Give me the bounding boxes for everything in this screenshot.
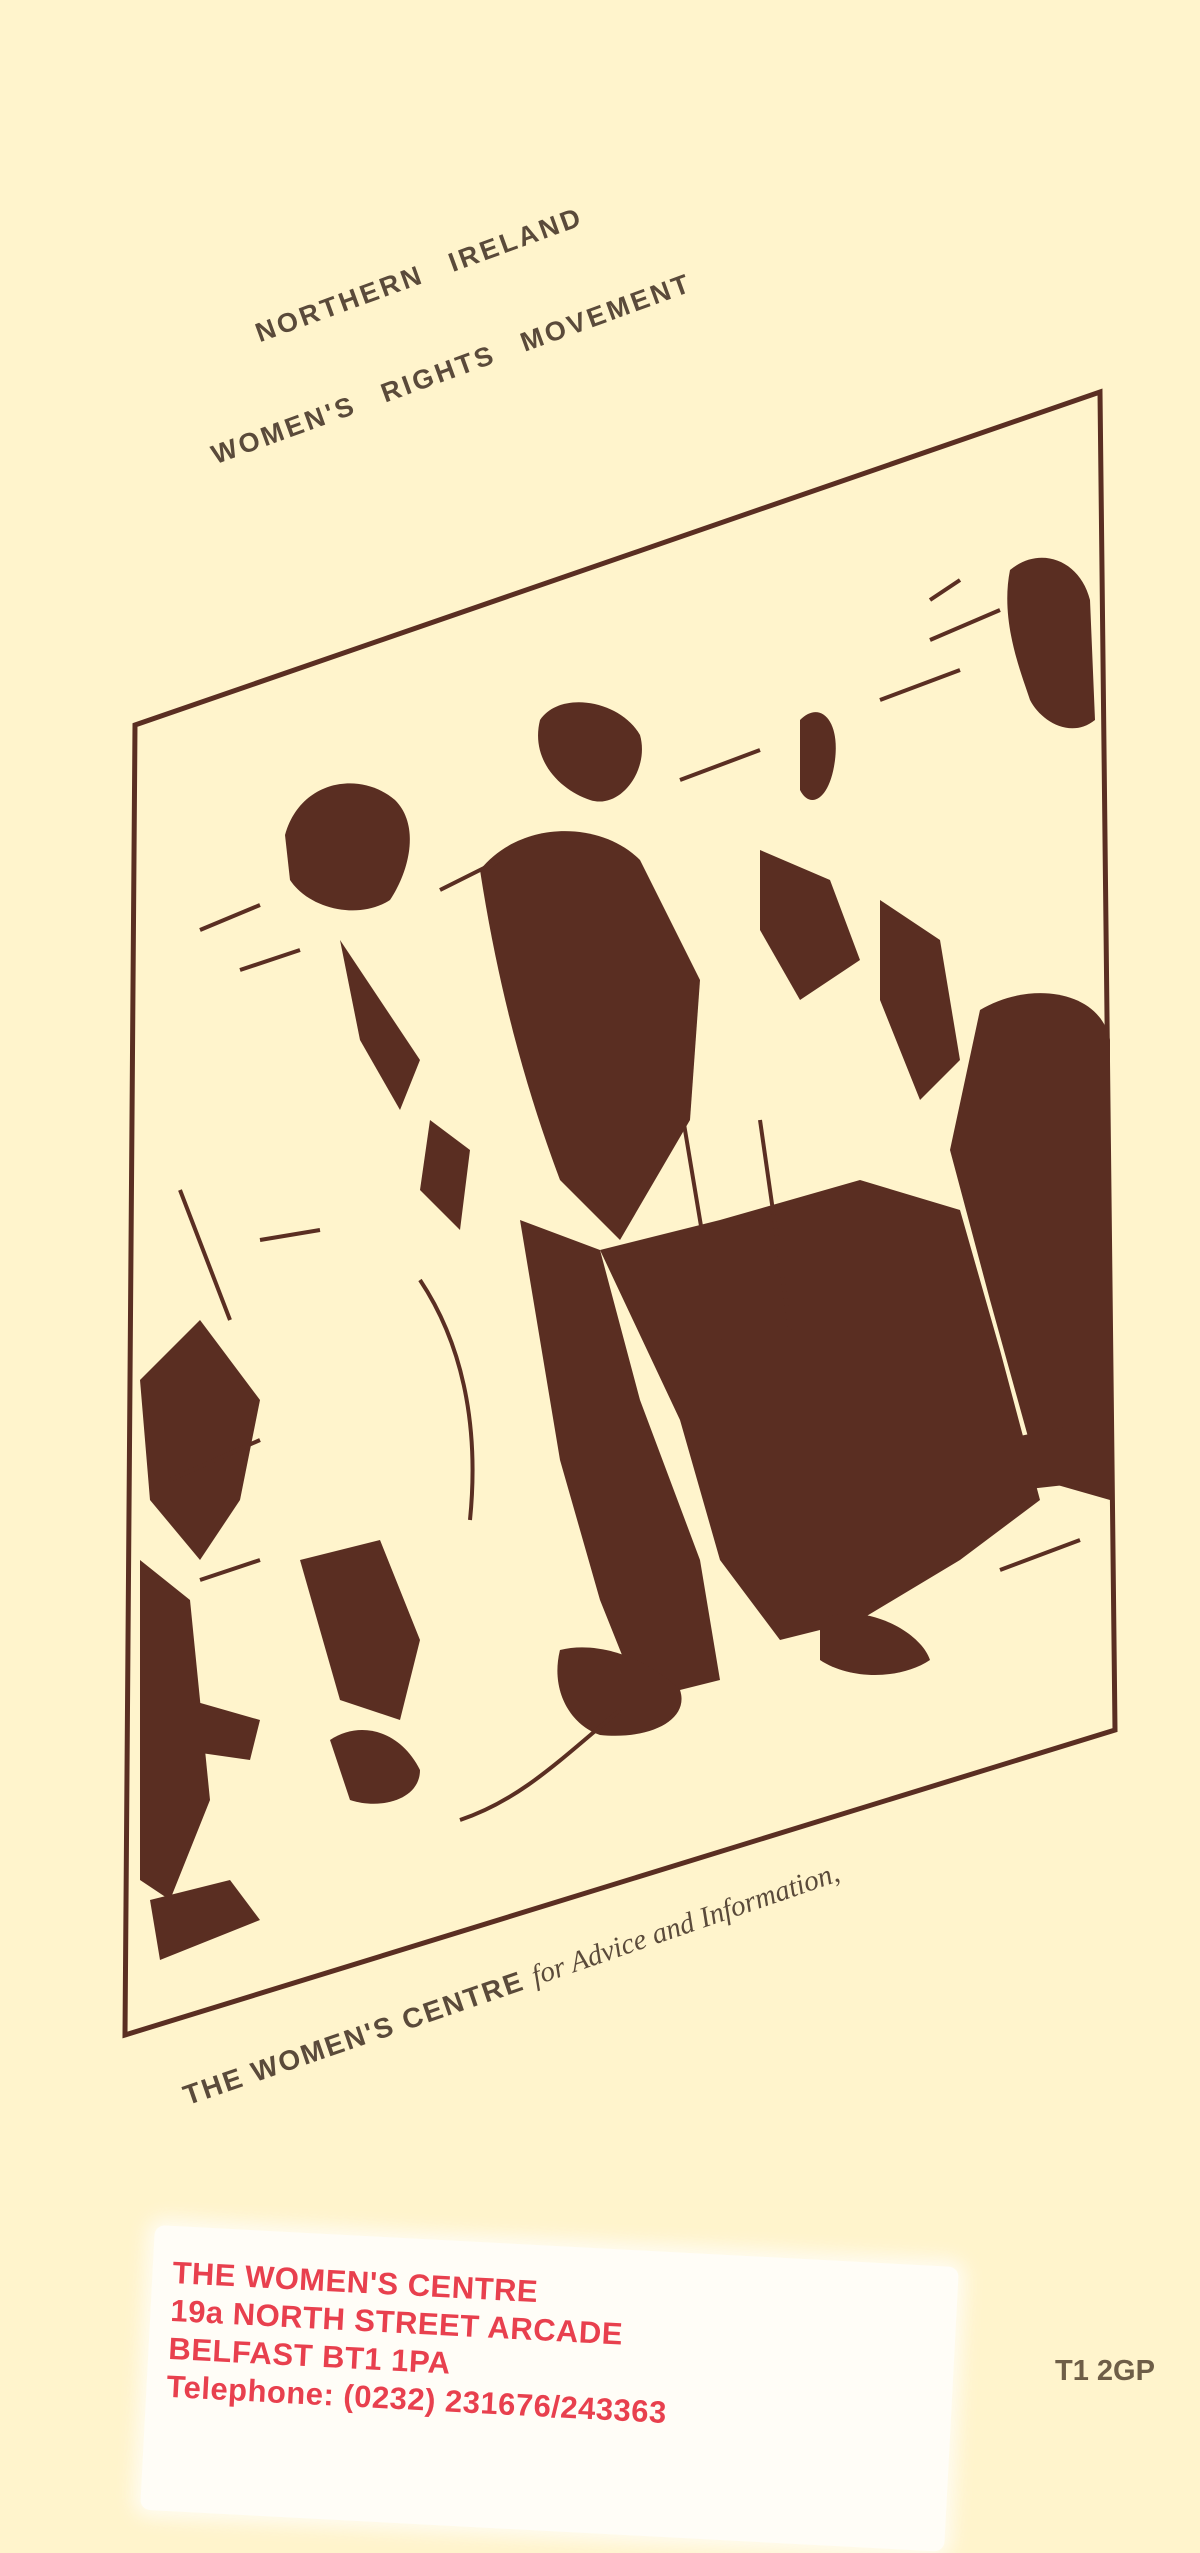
illustration <box>0 0 1200 2553</box>
covered-address-text: T1 2GP <box>1055 2355 1155 2388</box>
address-sticker: THE WOMEN'S CENTRE 19a NORTH STREET ARCA… <box>140 2225 959 2552</box>
leaflet-page: NORTHERN IRELAND WOMEN'S RIGHTS MOVEMENT <box>0 0 1200 2553</box>
illustration-figures <box>140 558 1110 1960</box>
